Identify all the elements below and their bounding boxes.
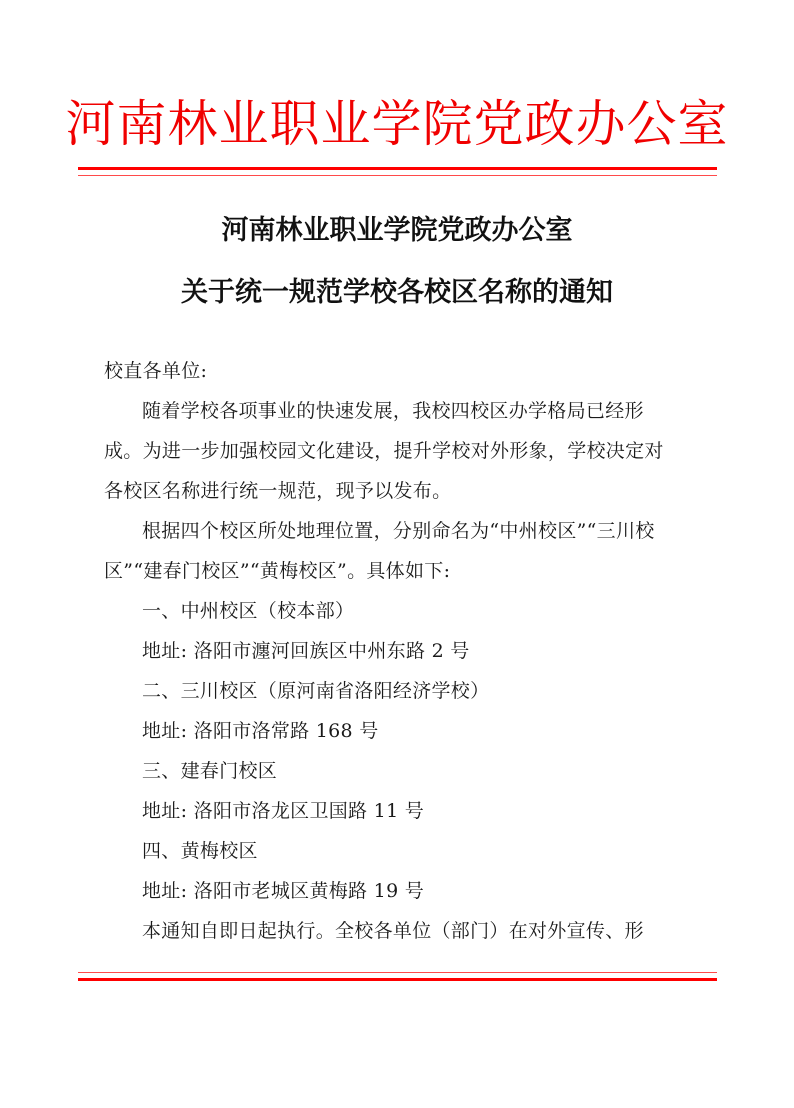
campus-name: 三、建春门校区 [142,757,277,785]
masthead-title: 河南林业职业学院党政办公室 [0,92,794,156]
paragraph-line: 各校区名称进行统一规范，现予以发布。 [104,477,451,505]
document-title-line2: 关于统一规范学校各校区名称的通知 [0,275,794,311]
paragraph-line: 区”“建春门校区”“黄梅校区”。具体如下: [104,557,450,585]
campus-address: 地址: 洛阳市老城区黄梅路 19 号 [142,877,424,905]
footer-rule-thin [78,972,717,973]
campus-name: 二、三川校区（原河南省洛阳经济学校） [142,677,489,705]
campus-address: 地址: 洛阳市洛龙区卫国路 11 号 [142,797,424,825]
salutation: 校直各单位: [104,357,207,385]
footer-rule-thick [78,978,717,981]
masthead-rule-thick [78,167,717,170]
paragraph-line: 成。为进一步加强校园文化建设，提升学校对外形象，学校决定对 [104,437,664,465]
campus-address: 地址: 洛阳市洛常路 168 号 [142,717,379,745]
campus-name: 一、中州校区（校本部） [142,597,354,625]
campus-name: 四、黄梅校区 [142,837,258,865]
paragraph-line: 根据四个校区所处地理位置，分别命名为“中州校区”“三川校 [142,517,655,545]
campus-address: 地址: 洛阳市瀍河回族区中州东路 2 号 [142,637,470,665]
document-title-line1: 河南林业职业学院党政办公室 [0,213,794,249]
masthead-rule-thin [78,175,717,176]
paragraph-line: 随着学校各项事业的快速发展，我校四校区办学格局已经形 [142,397,644,425]
closing-paragraph: 本通知自即日起执行。全校各单位（部门）在对外宣传、形 [142,917,644,945]
